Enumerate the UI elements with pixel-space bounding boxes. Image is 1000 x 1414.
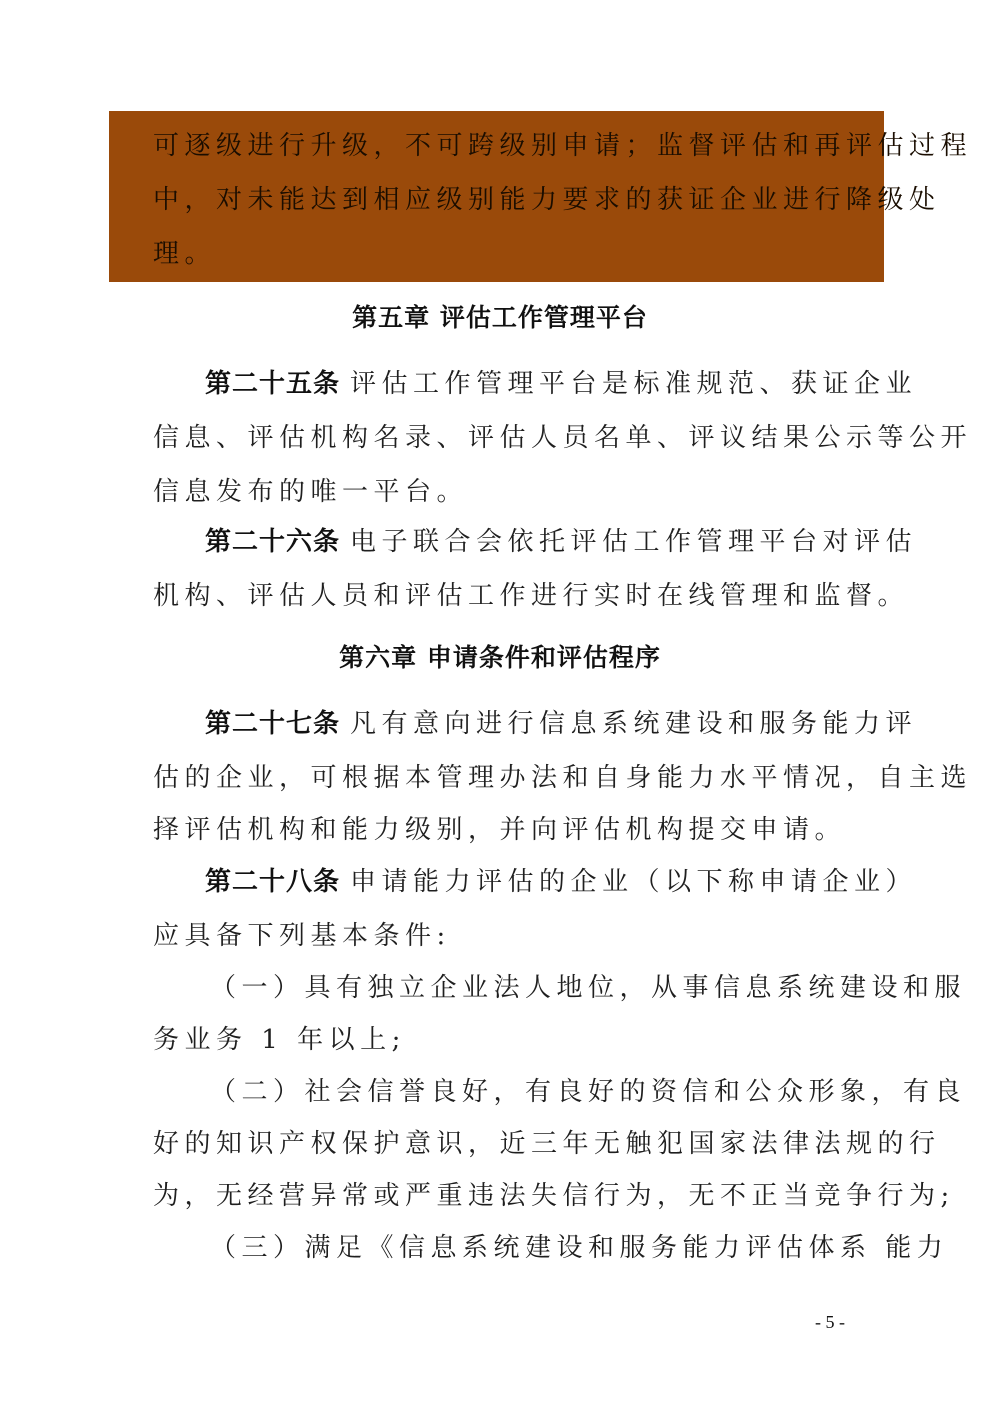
chapter-5-title: 第五章 评估工作管理平台 [0, 300, 1000, 336]
article-27-number: 第二十七条 [205, 709, 340, 739]
article-27-line-3: 择评估机构和能力级别，并向评估机构提交申请。 [153, 812, 853, 848]
condition-3-line-1: （三）满足《信息系统建设和服务能力评估体系 能力 [210, 1230, 910, 1266]
article-27-line-2: 估的企业，可根据本管理办法和自身能力水平情况，自主选 [153, 760, 853, 796]
article-25-line-2: 信息、评估机构名录、评估人员名单、评议结果公示等公开 [153, 420, 853, 456]
article-26-line-2: 机构、评估人员和评估工作进行实时在线管理和监督。 [153, 578, 853, 614]
article-28-line-1: 第二十八条申请能力评估的企业（以下称申请企业） [205, 864, 905, 900]
condition-2-line-3: 为，无经营异常或严重违法失信行为，无不正当竞争行为; [153, 1178, 853, 1214]
article-28-text-1: 申请能力评估的企业（以下称申请企业） [350, 867, 917, 897]
article-26-text-1: 电子联合会依托评估工作管理平台对评估 [350, 527, 917, 557]
article-25-number: 第二十五条 [205, 369, 340, 399]
article-28-number: 第二十八条 [205, 867, 340, 897]
chapter-6-title: 第六章 申请条件和评估程序 [0, 640, 1000, 676]
article-25-text-1: 评估工作管理平台是标准规范、获证企业 [350, 369, 917, 399]
article-26-line-1: 第二十六条电子联合会依托评估工作管理平台对评估 [205, 524, 905, 560]
article-25-line-1: 第二十五条评估工作管理平台是标准规范、获证企业 [205, 366, 905, 402]
article-25-line-3: 信息发布的唯一平台。 [153, 474, 853, 510]
article-28-line-2: 应具备下列基本条件: [153, 918, 853, 954]
article-27-line-1: 第二十七条凡有意向进行信息系统建设和服务能力评 [205, 706, 905, 742]
condition-2-line-1: （二）社会信誉良好，有良好的资信和公众形象，有良 [210, 1074, 910, 1110]
highlight-line-1: 可逐级进行升级，不可跨级别申请；监督评估和再评估过程 [153, 128, 853, 164]
condition-2-line-2: 好的知识产权保护意识，近三年无触犯国家法律法规的行 [153, 1126, 853, 1162]
condition-1-line-2: 务业务 1 年以上; [153, 1022, 853, 1058]
condition-1-line-1: （一）具有独立企业法人地位，从事信息系统建设和服 [210, 970, 910, 1006]
page-number: - 5 - [815, 1312, 845, 1333]
article-26-number: 第二十六条 [205, 527, 340, 557]
highlight-line-2: 中，对未能达到相应级别能力要求的获证企业进行降级处 [153, 182, 853, 218]
article-27-text-1: 凡有意向进行信息系统建设和服务能力评 [350, 709, 917, 739]
highlight-line-3: 理。 [153, 236, 853, 272]
